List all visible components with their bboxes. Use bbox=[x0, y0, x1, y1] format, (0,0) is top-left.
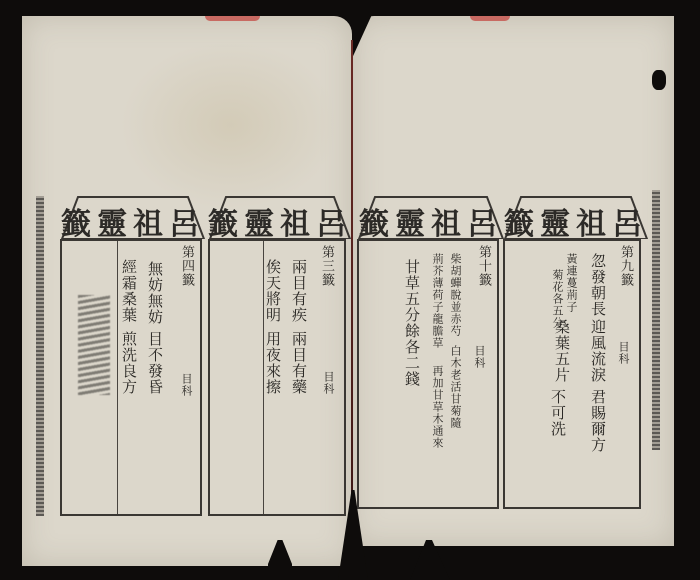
bleed-through-strip bbox=[36, 196, 44, 516]
verse-line: 柴胡蟬脫並赤芍 bbox=[450, 253, 461, 337]
verse-line: 無妨無妨 bbox=[147, 261, 162, 325]
verse-line: 白木老活甘菊隨 bbox=[450, 345, 461, 429]
column-divider bbox=[117, 241, 118, 514]
verse-line: 君賜爾方 bbox=[590, 389, 605, 453]
banner-title: 呂祖靈籤 bbox=[357, 199, 505, 243]
lot-frame: 第四籤 目科 無妨無妨 目不發昏 經霜桑葉 煎洗良方 bbox=[60, 239, 202, 516]
verse-line: 煎洗良方 bbox=[121, 331, 136, 395]
red-stain bbox=[205, 16, 260, 21]
lot-frame: 第十籤 目科 柴胡蟬脫並赤芍 白木老活甘菊隨 荊芥薄荷子龍膽草 再加甘草木通來 … bbox=[357, 239, 499, 509]
lot-label: 第九籤 bbox=[618, 245, 633, 287]
verse-line: 荊芥薄荷子龍膽草 bbox=[432, 253, 443, 349]
verse-line: 迎風流淚 bbox=[590, 319, 605, 383]
lot-label: 第三籤 bbox=[319, 245, 334, 287]
verse-line: 甘草五分餘各二錢 bbox=[404, 259, 419, 387]
verse-line: 兩目有藥 bbox=[291, 331, 306, 395]
verse-line: 目不發昏 bbox=[147, 331, 162, 395]
lot-category: 目科 bbox=[618, 341, 629, 365]
lot-label: 第四籤 bbox=[179, 245, 194, 287]
book-gutter bbox=[351, 40, 353, 560]
red-stain bbox=[470, 16, 510, 21]
lot-label: 第十籤 bbox=[476, 245, 491, 287]
lot-category: 目科 bbox=[474, 345, 485, 369]
lot-category: 目科 bbox=[323, 371, 334, 395]
verse-line: 用夜來擦 bbox=[265, 331, 280, 395]
bleed-through-strip bbox=[652, 190, 660, 450]
banner-title: 呂祖靈籤 bbox=[208, 199, 352, 243]
lot-frame: 第三籤 目科 兩目有疾 兩目有藥 俟天將明 用夜來擦 bbox=[208, 239, 346, 516]
banner-title: 呂祖靈籤 bbox=[60, 199, 206, 243]
paper-damage bbox=[652, 70, 666, 90]
verse-line: 俟天將明 bbox=[265, 259, 280, 323]
verse-line: 經霜桑葉 bbox=[121, 259, 136, 323]
column-divider bbox=[263, 241, 264, 514]
verse-line: 兩目有疾 bbox=[291, 259, 306, 323]
verse-line: 黃連蔓荊子 bbox=[566, 253, 577, 313]
verse-line: 桑葉五片 bbox=[554, 319, 569, 383]
lot-frame: 第九籤 目科 忽發朝長 迎風流淚 黃連蔓荊子 菊花各五分 桑葉五片 不可洗 君賜… bbox=[503, 239, 641, 509]
verse-line: 再加甘草木通來 bbox=[432, 365, 443, 449]
verse-line: 不可洗 bbox=[550, 389, 565, 437]
paper-damage bbox=[410, 540, 450, 580]
banner-title: 呂祖靈籤 bbox=[503, 199, 649, 243]
lot-category: 目科 bbox=[181, 373, 192, 397]
verse-line: 忽發朝長 bbox=[590, 253, 605, 317]
